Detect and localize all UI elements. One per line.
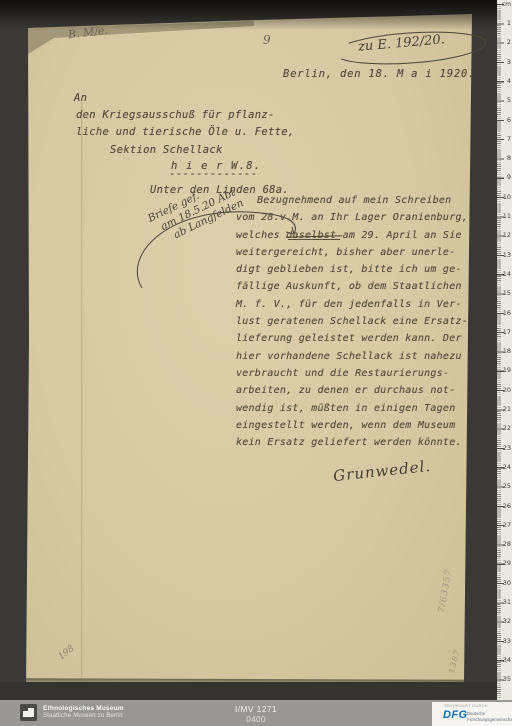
ruler-number: 11 bbox=[503, 212, 511, 220]
file-reference-annotation: zu E. 192/20. bbox=[330, 24, 492, 70]
ruler-number: 8 bbox=[507, 154, 511, 162]
recipient-line: An bbox=[74, 90, 87, 107]
ruler-number: 21 bbox=[503, 405, 511, 413]
scanned-document-page: B. M/e. 9 zu E. 192/20. Berlin, den 18. … bbox=[0, 0, 512, 726]
recipient-line: den Kriegsausschuß für pflanz- bbox=[76, 107, 275, 124]
ruler-number: 1 bbox=[507, 19, 511, 27]
dfg-logo: DFG bbox=[443, 709, 467, 721]
ruler-number: 32 bbox=[503, 617, 511, 625]
ruler-number: 18 bbox=[503, 347, 511, 355]
scale-ruler: cm 1234567891011121314151617181920212223… bbox=[497, 0, 512, 702]
ruler-number: 26 bbox=[503, 502, 511, 510]
ruler-number: 14 bbox=[503, 270, 511, 278]
ruler-number: 25 bbox=[503, 482, 511, 490]
typed-line: arbeiten, zu denen er durchaus not- bbox=[236, 382, 474, 399]
scan-bottom-band bbox=[0, 682, 497, 700]
ruler-number: 7 bbox=[507, 135, 511, 143]
ruler-number: 15 bbox=[503, 289, 511, 297]
typed-line: eingestellt werden, wenn dem Museum bbox=[236, 417, 474, 434]
ruler-number: 35 bbox=[503, 675, 511, 683]
date-line: Berlin, den 18. M a i 1920. bbox=[283, 66, 475, 83]
ruler-number: 22 bbox=[503, 424, 511, 432]
ruler-number: 27 bbox=[503, 521, 511, 529]
ruler-number: 20 bbox=[503, 386, 511, 394]
ruler-number: 23 bbox=[503, 444, 511, 452]
ruler-number: 5 bbox=[507, 96, 511, 104]
recipient-line: Sektion Schellack bbox=[110, 142, 223, 159]
dfg-funded-by-label: GEFÖRDERT DURCH bbox=[444, 704, 488, 708]
ruler-number: 34 bbox=[503, 656, 511, 664]
typed-line: kein Ersatz geliefert werden könnte. bbox=[236, 434, 474, 451]
ruler-number: 16 bbox=[503, 309, 511, 317]
ruler-number: 33 bbox=[503, 637, 511, 645]
dfg-name-line2: Forschungsgemeinschaft bbox=[467, 717, 512, 722]
ruler-number: 31 bbox=[503, 598, 511, 606]
ruler-number: 6 bbox=[507, 116, 511, 124]
ruler-number: 17 bbox=[503, 328, 511, 336]
typed-line: hier vorhandene Schellack ist nahezu bbox=[236, 348, 474, 365]
ruler-number: 4 bbox=[507, 77, 511, 85]
ruler-number: 9 bbox=[507, 173, 511, 181]
dfg-name-line1: Deutsche bbox=[467, 711, 485, 716]
footer-bar: Ethnologisches Museum Staatliche Museen … bbox=[0, 700, 512, 726]
ruler-number: 13 bbox=[503, 251, 511, 259]
typed-line: verbraucht und die Restaurierungs- bbox=[236, 365, 474, 382]
ruler-number: 29 bbox=[503, 559, 511, 567]
typed-line: wendig ist, müßten in einigen Tagen bbox=[236, 400, 474, 417]
ruler-number: 12 bbox=[503, 231, 511, 239]
typed-line: lieferung geleistet werden kann. Der bbox=[236, 330, 474, 347]
ruler-number: 3 bbox=[507, 58, 511, 66]
paper-crease bbox=[81, 102, 83, 677]
page-number-pencil: 9 bbox=[263, 33, 271, 47]
typed-line: lust geratenen Schellack eine Ersatz- bbox=[236, 313, 474, 330]
recipient-line: liche und tierische Öle u. Fette, bbox=[76, 124, 295, 141]
ruler-number: 10 bbox=[503, 193, 511, 201]
ruler-number: 30 bbox=[503, 579, 511, 587]
ruler-number: 24 bbox=[503, 463, 511, 471]
ruler-numbers: 1234567891011121314151617181920212223242… bbox=[497, 0, 512, 702]
dfg-logo-box: GEFÖRDERT DURCH DFG Deutsche Forschungsg… bbox=[432, 702, 512, 726]
ruler-number: 28 bbox=[503, 540, 511, 548]
ruler-number: 2 bbox=[507, 38, 511, 46]
ruler-number: 19 bbox=[503, 366, 511, 374]
